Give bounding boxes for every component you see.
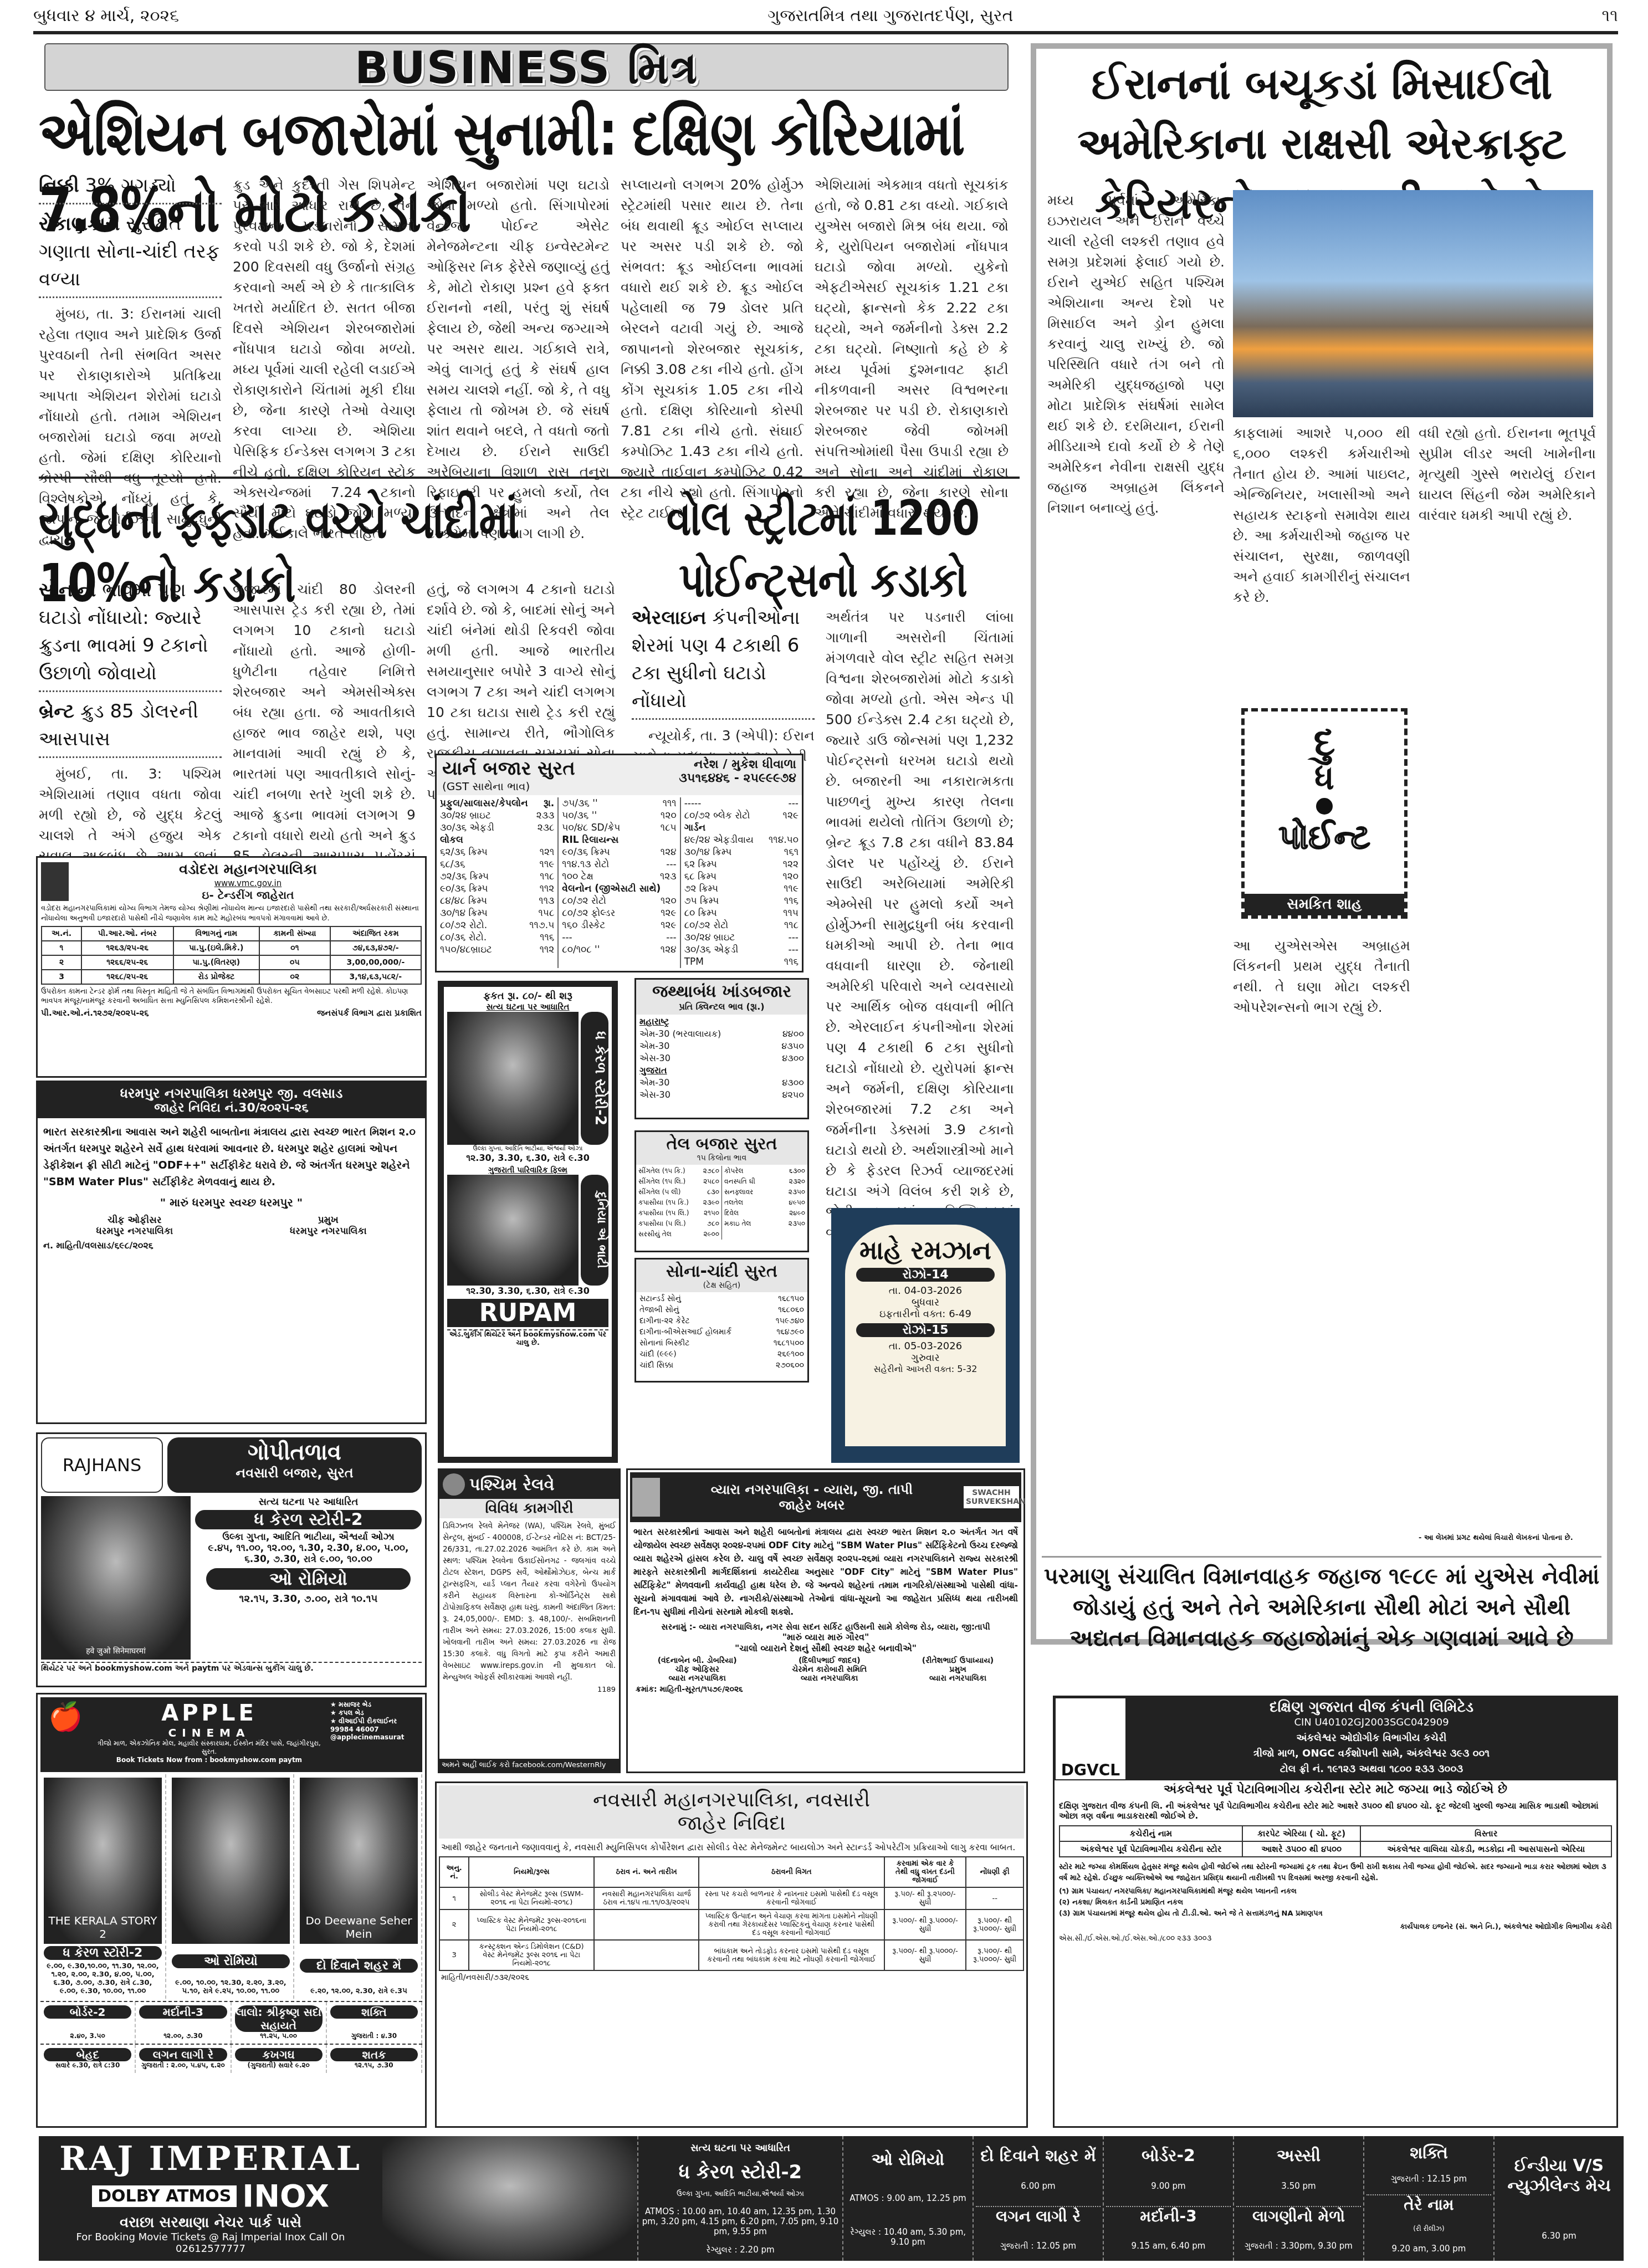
movie-times: ૯.૦૦, ૧૦.૦૦, ૧૨.30, ૨.૨૦, 3.૨૦, ૫.૧૦, રા… bbox=[172, 1979, 290, 1995]
table-header: પી.આર.ઓ. નંબર bbox=[81, 926, 173, 941]
raj-imperial-poster bbox=[382, 2136, 637, 2261]
silver-sub1-bold: સોનાના bbox=[39, 579, 96, 601]
rajhans-tag: સત્ય ઘટના પર આધારિત bbox=[195, 1496, 422, 1508]
lead-col5: એશિયામાં એકમાત્ર વધતો સૂચકાંક હતો, જે 0.… bbox=[815, 175, 1009, 523]
dgvcl-cin: CIN U40102GJ2003SGC042909 bbox=[1127, 1715, 1616, 1731]
table-cell bbox=[594, 1909, 699, 1940]
movie-times: ૧૨.૧૫, ૭.30 bbox=[330, 2061, 418, 2070]
rajhans-logo: RAJHANS bbox=[41, 1437, 163, 1493]
table-cell: ૧ bbox=[42, 941, 81, 955]
vyara-ref: ક્રમાંક: માહિતી-સૂરત/૧૫૭૯/૨૦૨૬ bbox=[630, 1683, 1021, 1696]
signatory-role: ચીફ ઓફિસર bbox=[658, 1665, 737, 1674]
sugar-list: મહારાષ્ટ્રએમ-30 (ભરવાલાયક)૪૪૦૦એમ-30૪૩૫૦એ… bbox=[636, 1015, 807, 1102]
price-name: એસ-30 bbox=[639, 1052, 671, 1064]
dolby-atmos-logo: DOLBY ATMOS bbox=[92, 2185, 237, 2207]
price-value: ૧૧૬ bbox=[540, 931, 554, 944]
movie-title-2: તેરે નામ bbox=[1366, 2194, 1491, 2214]
price-row: ૮૦/૭૨ રોટો૧૧૮ bbox=[684, 919, 799, 931]
movie-times-2: 9.15 am, 6.40 pm bbox=[1106, 2241, 1231, 2251]
price-name: ૩૦/૨૪ બ્રાઇટ bbox=[684, 931, 735, 944]
movie-title: બોર્ડર-2 bbox=[44, 2005, 131, 2019]
movie-listing: મર્દાની-3૧૨.૦૦, ૭.30 bbox=[136, 2002, 231, 2044]
price-name: ૬૨ ક્રિમ્પ bbox=[684, 858, 717, 871]
price-value: ૨૩૩ bbox=[536, 810, 555, 822]
movie-listing: શક્તિગુજરાતી : 12.15 pmતેરે નામ(રી રીલીઝ… bbox=[1363, 2136, 1493, 2261]
price-row: ૫૦/૪૮ SD/ક્રેપ૧૮૫ bbox=[562, 822, 676, 834]
apple-row2: બોર્ડર-2૨.૪૦, 3.૫૦મર્દાની-3૧૨.૦૦, ૭.30લા… bbox=[40, 2001, 422, 2044]
table-row: ૨પ્લાસ્ટિક વેસ્ટ મેનેજમેંટ રૂલ્સ-૨૦૧૬ના … bbox=[439, 1909, 1023, 1940]
dgvcl-checklist: (૧) ગ્રામ પંચાયત/ નગરપાલિકા/ મહાનગરપાલિક… bbox=[1055, 1886, 1616, 1919]
price-row: સોનાનાં બિસ્કીટ૧૬૮૧૫૦૦ bbox=[639, 1338, 804, 1349]
iran-feature: ઈરાનનાં બચૂકડાં મિસાઈલો અમેરિકાના રાક્ષસ… bbox=[1031, 43, 1613, 1645]
price-name: ૮૦/૭૨ રોટો bbox=[562, 895, 606, 907]
dharampur-subtitle: જાહેર નિવિદા નં.30/૨૦૨૫-૨૬ bbox=[41, 1101, 422, 1115]
dharampur-title: ધરમપુર નગરપાલિકા ધરમપુર જી. વલસાડ bbox=[41, 1086, 422, 1101]
table-row: ૧૧૨૬૩/૨૫-૨૬પા.પુ.(ઇલે.મિકે.)૦૧૭૪,૬૩,૪૭૨/… bbox=[42, 941, 421, 955]
price-row: -------- bbox=[684, 797, 799, 810]
apple-name: APPLE bbox=[91, 1701, 327, 1726]
dgvcl-intro: દક્ષિણ ગુજરાત વીજ કંપની લિ. ની અંકલેશ્વર… bbox=[1055, 1799, 1616, 1823]
sugar-region: મહારાષ્ટ્ર bbox=[639, 1016, 804, 1028]
price-row: મકાઇ તેલ૨૩૫૦ bbox=[724, 1219, 805, 1229]
price-name: RIL રિલાયન્સ bbox=[562, 834, 618, 846]
price-value: ૧૧૫ bbox=[783, 907, 799, 919]
price-name: ૬૮ ક્રિમ્પ bbox=[684, 871, 716, 883]
navsari-intro: આથી જાહેર જનતાને જણાવવાનું કે, નવસારી મ્… bbox=[439, 1839, 1024, 1856]
signatory-org: વ્યારા નગરપાલિકા bbox=[922, 1674, 994, 1683]
price-row: ૩૦/૨૪ બ્રાઇટ--- bbox=[684, 931, 799, 944]
price-value: ૨૪૯૦ bbox=[789, 1208, 805, 1219]
railway-ad: પશ્ચિમ રેલવે વિવિધ કામગીરી ડિવિઝનલ રેલવે… bbox=[438, 1468, 621, 1773]
price-value: ૧૧૨ bbox=[540, 883, 555, 895]
price-row: કપાસીયા (૫ લિ.)૭૮૦ bbox=[638, 1219, 719, 1229]
yarn-columns: પ્રફુલ/સાલાસર/કેપલોનરૂા.૩૦/૨૪ બ્રાઇટ૨૩૩૩… bbox=[437, 795, 802, 970]
yarn-subtitle: (GST સાથેના ભાવ) bbox=[442, 780, 575, 793]
movie-times: 9.00 pm bbox=[1106, 2181, 1231, 2191]
price-value: ૪૪૦૦ bbox=[782, 1028, 804, 1040]
price-name: ૩૦/૩૬ એફડી bbox=[684, 944, 739, 956]
movie-listing: શતક૧૨.૧૫, ૭.30 bbox=[327, 2045, 422, 2073]
aircraft-carrier-image bbox=[1233, 190, 1593, 417]
movie-title: બોર્ડર-2 bbox=[1106, 2146, 1231, 2166]
column-author: સમકિત શાહ bbox=[1245, 894, 1404, 915]
dharampur-sign2-org: ધરમપુર નગરપાલિકા bbox=[290, 1226, 367, 1237]
movie-times: 6.30 pm bbox=[1497, 2231, 1621, 2241]
yarn-phone: ૩૫૧૬૪૪૬ - ૨૫૯૯૯૭૪ bbox=[679, 771, 796, 785]
vmc-table: અ.નં.પી.આર.ઓ. નંબરવિભાગનું નામકામની સંખ્… bbox=[41, 926, 422, 985]
price-name: સટાન્ડર્ડ સોનું bbox=[639, 1293, 681, 1304]
dharampur-sign1: ચીફ ઓફીસર bbox=[96, 1215, 173, 1226]
price-name: ૧૧૪.૧૩ રોટો bbox=[562, 858, 609, 871]
price-name: સોનાનાં બિસ્કીટ bbox=[639, 1338, 689, 1349]
movie-title-2: મર્દાની-3 bbox=[1106, 2206, 1231, 2226]
price-row: એમ-30 (ભરવાલાયક)૪૪૦૦ bbox=[639, 1028, 804, 1040]
price-row: ૩૦/૩૬ એફડી૨૩૮ bbox=[440, 822, 554, 834]
movie-title-2: લાગણીનો મેળો bbox=[1236, 2206, 1361, 2226]
price-row: ૩૦/૩૬ એફડી--- bbox=[684, 944, 799, 956]
silver-sub2-bold: બ્રેન્ટ bbox=[39, 700, 74, 723]
price-row: ૧૧૪.૧૩ રોટો--- bbox=[562, 858, 676, 871]
movie-times: ૧૧.૨૫, ૫.૦૦ bbox=[235, 2032, 323, 2040]
movie-times: 6.00 pm bbox=[976, 2181, 1101, 2191]
price-value: ૧૨૯ bbox=[661, 907, 676, 919]
movie-times: ૯.૦૦, ૯.30,૧૦.૦૦, ૧૧.30, ૧૨.૦૦, ૧.૨૦, ૨.… bbox=[44, 1962, 162, 1995]
vmc-url[interactable]: www.vmc.gov.in bbox=[74, 878, 422, 888]
movie-times-2: ગુજરાતી : 12.05 pm bbox=[976, 2241, 1101, 2251]
divider bbox=[39, 477, 1020, 479]
price-value: ૧૨૪ bbox=[661, 944, 677, 956]
price-name: ૬૨/૩૬ ક્રિમ્પ bbox=[440, 846, 488, 858]
dgvcl-table: કચેરીનું નામકારપેટ એરિયા ( ચો. ફૂટ)વિસ્ત… bbox=[1059, 1825, 1612, 1857]
price-row: કપાસીયા (૧૫ કિ.)૨૩૯૦ bbox=[638, 1197, 719, 1208]
price-value: ૧૨૦ bbox=[661, 895, 677, 907]
vyara-ad: વ્યારા નગરપાલિકા - વ્યારા, જી. તાપી જાહે… bbox=[626, 1468, 1025, 1773]
price-value: ૨૩૨૦ bbox=[789, 1176, 805, 1187]
vmc-intro: વડોદરા મહાનગરપાલિકામાં યોગ્ય વિભાગ તેમજ … bbox=[41, 904, 422, 924]
movie-title: ધ કેરળ સ્ટોરી-2 bbox=[641, 2162, 840, 2182]
price-value: ૬૩૦૦ bbox=[789, 1166, 805, 1176]
movie-listing: લગન લાગી રેગુજરાતી : ૨.૦૦, ૫.૪૫, ૬.૨૦ bbox=[136, 2045, 231, 2073]
table-header: વિસ્તાર bbox=[1360, 1826, 1611, 1841]
raj-imperial-location: વરાછા સરથાણા નેચર પાર્ક પાસે bbox=[42, 2214, 379, 2231]
sugar-title: જથ્થાબંધ ખાંડબજાર bbox=[638, 982, 805, 1001]
lead-sub1: 3% ગગડ્યો bbox=[85, 175, 176, 197]
price-row: સીંગતેલ (૧૫ લિ.)૨૫૮૦ bbox=[638, 1176, 719, 1187]
railway-body: ડિવિઝનલ રેલવે મેનેજર (WA), પશ્ચિમ રેલવે,… bbox=[439, 1518, 619, 1686]
movie-poster: THE KERALA STORY 2 bbox=[44, 1778, 162, 1944]
lead-sub1-bold: નિક્કી bbox=[39, 175, 79, 197]
table-cell: નવસારી મહાનગરપાલિકા ચાર્જ ઠરાવ નં.૧૪૫ તા… bbox=[594, 1887, 699, 1909]
price-row: સીંગતેલ (૫ લી)૮૩૦ bbox=[638, 1187, 719, 1197]
vyara-swachh-badge: SWACHH SURVEKSHAN bbox=[964, 1486, 1019, 1508]
price-row: એસ-30૪૨૫૦ bbox=[639, 1089, 804, 1101]
checklist-item: (૩) ગ્રામ પંચાયતમાં મંજૂર થયેલ હોય તો ટી… bbox=[1059, 1908, 1612, 1919]
dharampur-ad: ધરમપુર નગરપાલિકા ધરમપુર જી. વલસાડ જાહેર … bbox=[36, 1081, 427, 1424]
movie-times: ગુજરાતી : 12.15 pm bbox=[1366, 2174, 1491, 2184]
table-cell: રોડ પ્રોજેક્ટ bbox=[173, 970, 260, 984]
price-name: ૮૦/૧૦૮ '' bbox=[562, 944, 600, 956]
price-row: ૯૦/૩૬ ક્રિમ્પ૧૨૪ bbox=[562, 846, 676, 858]
navsari-subtitle: જાહેર નિવિદા bbox=[442, 1812, 1021, 1835]
price-row: દાગીના-બીએસઆઈ હોલમાર્ક૧૬૪૭૯૦ bbox=[639, 1327, 804, 1338]
movie-title: ઓ રોમિયો bbox=[846, 2150, 970, 2170]
dgvcl-office: અંકલેશ્વર ઓદ્યોગીક વિભાગીય કચેરી bbox=[1127, 1731, 1616, 1746]
dharampur-body: ભારત સરકારશ્રીના આવાસ અને શહેરી બાબતોના … bbox=[38, 1118, 425, 1196]
movie-times-2: રેગ્યુલર : 10.40 am, 5.30 pm, 9.10 pm bbox=[846, 2227, 970, 2247]
lead-col4: સપ્લાયનો લગભગ 20% હોર્મુઝ સ્ટ્રેટમાંથી પ… bbox=[621, 175, 803, 523]
price-name: ૪૯/૨૪ એફડીવાય bbox=[684, 834, 754, 846]
price-name: ૮૦/૭૨ રોટો. bbox=[440, 919, 487, 931]
price-value: ૪૩૦૦ bbox=[782, 1052, 804, 1064]
vyara-slogan2: "ચાલો વ્યારાને દેશનું સૌથી સ્વચ્છ શહેર બ… bbox=[630, 1643, 1021, 1654]
section-banner: BUSINESS મિત્ર bbox=[44, 43, 1009, 91]
movie-title: દો દિવાને શહર મેં bbox=[300, 1959, 418, 1973]
price-row: ૧૦૦ ટેક્ષ૧૨૩ bbox=[562, 871, 676, 883]
price-value: ૧૫૮ bbox=[538, 907, 554, 919]
rupam-cast: ઉલ્કા ગુપ્તા, આદિતિ ભાટીયા, ઐશ્વર્યા ઓઝા bbox=[447, 1145, 608, 1153]
signatory-name: (દિલીપભાઈ જાદવ) bbox=[792, 1656, 867, 1665]
price-row: એમ-30૪૩૦૦ bbox=[639, 1077, 804, 1089]
column-logo-line2: ધ bbox=[1245, 761, 1404, 795]
price-name: સનફ્લાવર bbox=[724, 1187, 753, 1197]
table-cell: ૦૫ bbox=[259, 955, 330, 970]
price-name: કપાસીયા (૫ લિ.) bbox=[638, 1219, 686, 1229]
price-row: ચાંદી સિક્કા૨૭૦૬૦૦ bbox=[639, 1360, 804, 1371]
vmc-logo-icon bbox=[41, 862, 69, 901]
yarn-col-3: --------૮૦/૭૨ બ્લેક રોટો૧૨૯ગાર્ડન૪૯/૨૪ એ… bbox=[681, 797, 799, 968]
price-row: ૮૦/૭૨ રોટો૧૨૦ bbox=[562, 895, 676, 907]
price-row: એસ-30૪૩૦૦ bbox=[639, 1052, 804, 1064]
price-row: ૫૦/૩૬ ''૧૨૦ bbox=[562, 810, 676, 822]
movie-note: (રી રીલીઝ) bbox=[1366, 2225, 1491, 2233]
railway-facebook-link[interactable]: અમને અહીં લાઈક કરો facebook.com/WesternR… bbox=[439, 1759, 619, 1772]
table-cell: 3,00,00,000/- bbox=[330, 955, 421, 970]
price-value: ૨૩૯૦ bbox=[703, 1197, 719, 1208]
price-name: કપાસીયા (૧૫ કિ.) bbox=[638, 1197, 689, 1208]
price-row: સનફ્લાવર૨૩૫૦ bbox=[724, 1187, 805, 1197]
price-name: સીંગતેલ (૧૫ કિ.) bbox=[638, 1166, 685, 1176]
masthead: બુધવાર ૪ માર્ચ, ૨૦૨૬ ગુજરાતમિત્ર તથા ગુજ… bbox=[33, 0, 1618, 34]
movie-times: ATMOS : 9.00 am, 12.25 pm bbox=[846, 2193, 970, 2203]
movie-title: લાલો: શ્રીકૃષ્ણ સદા સહાયતે bbox=[235, 2005, 323, 2032]
apple-insta[interactable]: @applecinemasurat bbox=[330, 1733, 419, 1741]
railway-subtitle: વિવિધ કામગીરી bbox=[439, 1499, 619, 1518]
railway-title: પશ્ચિમ રેલવે bbox=[469, 1475, 554, 1494]
movie-listing: Do Deewane Seher Meinદો દિવાને શહર મેં૯.… bbox=[296, 1774, 422, 1999]
price-row: ૪૯/૨૪ એફડીવાય૧૧૪.૫૦ bbox=[684, 834, 799, 846]
table-cell: સોલીડ વેસ્ટ મેનેજમેંટ રૂલ્સ (SWM- ૨૦૧૬ ન… bbox=[469, 1887, 594, 1909]
price-name: ૮૦/૭૨ ફોલ્ડર bbox=[562, 907, 615, 919]
price-value: ૧૧૬ bbox=[784, 895, 799, 907]
rajhans-booking: થિયેટર પર અને bookmyshow.com અને paytm પ… bbox=[41, 1662, 422, 1673]
vmc-ad: વડોદરા મહાનગરપાલિકા www.vmc.gov.in ઇ- ટે… bbox=[36, 856, 427, 1078]
table-cell: આશરે ૩૫૦૦ થી ૪૫૦૦ bbox=[1242, 1841, 1361, 1857]
price-name: ૮૦/૭૨ બ્લેક રોટો bbox=[684, 810, 750, 822]
table-row: 3કન્સ્ટ્રક્શન એન્ડ ડિમોલેશન (C&D) વેસ્ટ … bbox=[439, 1940, 1023, 1970]
rupam-movie2: દુનિયા એ ભાટી bbox=[581, 1175, 608, 1286]
price-name: ચાંદી સિક્કા bbox=[639, 1360, 673, 1371]
price-name: કોપરેલ bbox=[724, 1166, 744, 1176]
price-name: દાગીના-બીએસઆઈ હોલમાર્ક bbox=[639, 1327, 731, 1338]
bullion-list: સટાન્ડર્ડ સોનું૧૬૮૧૫૦તેજાબી સોનું૧૬૮૦૬૦દ… bbox=[636, 1292, 807, 1372]
price-row: ૬૮/૩૬૧૧૯ bbox=[440, 858, 554, 871]
price-name: ૭૨/૩૬ ક્રિમ્પ bbox=[440, 871, 489, 883]
price-value: ૧૫૯૭૪૦ bbox=[776, 1315, 804, 1327]
rajhans-address: નવસારી બજાર, સુરત bbox=[167, 1465, 422, 1481]
price-row: ૩૦/૧૪ ક્રિમ્પ૧૬૧ bbox=[684, 846, 799, 858]
movie-listing: કખગઘ(ગુજરાતી) સવારે ૯.૨૦ bbox=[232, 2045, 327, 2073]
navsari-title: નવસારી મહાનગરપાલિકા, નવસારી bbox=[442, 1789, 1021, 1812]
price-row: ચાંદી (૯૯૯)૨૬૯૧૦૦ bbox=[639, 1349, 804, 1360]
table-cell: પા.પુ.(વિતરણ) bbox=[173, 955, 260, 970]
railway-code: 1189 bbox=[439, 1686, 619, 1694]
movie-title: અસ્સી bbox=[1236, 2146, 1361, 2166]
movie-listing: અસ્સી3.50 pmલાગણીનો મેળોગુજરાતી : 3.30pm… bbox=[1233, 2136, 1363, 2261]
table-cell: પા.પુ.(ઇલે.મિકે.) bbox=[173, 941, 260, 955]
price-name: કપાસીયા (૧૫ લિ.) bbox=[638, 1208, 689, 1219]
movie-times-2: ગુજરાતી : 3.30pm, 9.30 pm bbox=[1236, 2241, 1361, 2251]
rupam-tag: સત્ય ઘટના પર આધારિત bbox=[447, 1002, 608, 1012]
price-value: ૧૬૮૦૬૦ bbox=[778, 1304, 804, 1315]
price-row: તલતેલ૪૯૫૦ bbox=[724, 1197, 805, 1208]
price-row: તેજાબી સોનું૧૬૮૦૬૦ bbox=[639, 1304, 804, 1315]
iran-footnote: - આ લેખમાં પ્રગટ થયેલાં વિચારો લેખકનાં પ… bbox=[1419, 1534, 1601, 1542]
wallstreet-sub: એરલાઇન કંપનીઓના શેરમાં પણ 4 ટકાથી 6 ટકા … bbox=[632, 604, 815, 766]
price-row: ૬૮ ક્રિમ્પ૧૨૦ bbox=[684, 871, 799, 883]
movie-title: ધ કેરળ સ્ટોરી-2 bbox=[44, 1946, 162, 1960]
signatory-role: પ્રમુખ bbox=[922, 1665, 994, 1674]
rajhans-cast: ઉલ્કા ગુપ્તા, આદિતિ ભાટીયા, ઐશ્વર્યા ઓઝા bbox=[195, 1532, 422, 1543]
sugar-region: ગુજરાત bbox=[639, 1064, 804, 1077]
price-row: ૮૦/૭૨ બ્લેક રોટો૧૨૯ bbox=[684, 810, 799, 822]
price-row: વનસ્પતિ ઘી૨૩૨૦ bbox=[724, 1176, 805, 1187]
price-name: ૮૦/૭૨ રોટો bbox=[684, 919, 729, 931]
price-row: કોપરેલ૬૩૦૦ bbox=[724, 1166, 805, 1176]
price-value: ૮૩૦ bbox=[707, 1187, 719, 1197]
price-value: ૧૧૮ bbox=[540, 871, 554, 883]
movie-times: ગુજરાતી : ૨.૦૦, ૫.૪૫, ૬.૨૦ bbox=[139, 2061, 227, 2070]
price-row: ૧૬૦ ડીસ્કેટ૧૨૯ bbox=[562, 919, 676, 931]
movie-listing: લાલો: શ્રીકૃષ્ણ સદા સહાયતે૧૧.૨૫, ૫.૦૦ bbox=[232, 2002, 327, 2044]
rajhans-poster: हवे जुओ सिनेमाघरमां bbox=[41, 1496, 191, 1660]
inox-logo: INOX bbox=[242, 2178, 329, 2214]
price-row: કપાસીયા (૧૫ લિ.)૨૧૫૦ bbox=[638, 1208, 719, 1219]
dgvcl-logo: DGVCL bbox=[1055, 1697, 1127, 1780]
signatory-org: વ્યારા નગરપાલિકા bbox=[792, 1674, 867, 1683]
dgvcl-footer: કાર્યપાલક ઇજનેર (સં. અને નિ.), અંકલેશ્વર… bbox=[1055, 1919, 1616, 1934]
oil-subtitle: ૧૫ કિલોના ભાવ bbox=[638, 1154, 805, 1163]
price-row: TPM૧૧૬ bbox=[684, 956, 799, 968]
price-value: ૧૧૯ bbox=[540, 858, 555, 871]
price-value: ૧૨૦ bbox=[782, 871, 799, 883]
price-name: તલતેલ bbox=[724, 1197, 743, 1208]
navsari-ref: માહિતી/નવસારી/૭૩૨/૨૦૨૬ bbox=[439, 1971, 1024, 1984]
price-value: ૧૨૧ bbox=[540, 846, 555, 858]
price-value: ૨૬૯૧૦૦ bbox=[777, 1349, 804, 1360]
movie-times: ૧૨.૦૦, ૭.30 bbox=[139, 2032, 227, 2040]
price-value: ૨૭૮૦ bbox=[703, 1166, 719, 1176]
price-name: ૩૦/૨૪ બ્રાઇટ bbox=[440, 810, 491, 822]
price-name: ૬૮/૩૬ bbox=[440, 858, 465, 871]
rupam-times1: ૧૨.30, 3.30, ૬.30, રાત્રે ૯.30 bbox=[447, 1153, 608, 1164]
table-row: ૨૧૨૬૬/૨૫-૨૬પા.પુ.(વિતરણ)૦૫3,00,00,000/- bbox=[42, 955, 421, 970]
apple-booking[interactable]: Book Tickets Now from : bookmyshow.com p… bbox=[91, 1756, 327, 1764]
ramzan-day1-time: ઇફતારીનો વક્ત: 6-49 bbox=[845, 1308, 1006, 1320]
price-name: ૯૦/૩૬ ક્રિમ્પ bbox=[562, 846, 610, 858]
yarn-dealer: નરેશ / મુકેશ ધીવાળા bbox=[679, 757, 796, 771]
ramzan-day2-date: તા. 05-03-2026 bbox=[845, 1340, 1006, 1352]
table-cell: રૂ.૫૦૦/- થી રૂ.૫૦૦૦/- સુધી bbox=[966, 1909, 1023, 1940]
price-value: ૧૧૨ bbox=[540, 944, 555, 956]
iran-bottom-quote: પરમાણુ સંચાલિત વિમાનવાહક જહાજ ૧૯૮૯ માં ય… bbox=[1042, 1556, 1601, 1654]
table-cell: ૨ bbox=[439, 1909, 469, 1940]
movie-listing: ઓ રોમિયોATMOS : 9.00 am, 12.25 pmરેગ્યુલ… bbox=[842, 2136, 973, 2261]
vyara-emblem-icon bbox=[632, 1478, 660, 1517]
iran-col4: આ યુએસએસ અબ્રાહમ લિંકનની પ્રથમ યુદ્ધ તૈન… bbox=[1233, 935, 1410, 1017]
price-name: --- bbox=[562, 931, 572, 944]
price-name: વેલનોન (જીએસટી સાથે) bbox=[562, 883, 661, 895]
price-row: ૮૦/૭૨ રોટો.૧૧૭.૫ bbox=[440, 919, 554, 931]
rupam-poster2 bbox=[447, 1175, 579, 1286]
apple-feature: ★ વીઆઈપી રીકલાઈનર bbox=[330, 1717, 419, 1726]
wallstreet-col2: અર્થતંત્ર પર પડનારી લાંબા ગાળાની અસરોની … bbox=[826, 607, 1014, 1242]
signatory: (વંદનાબેન બી. ડોબરિયા)ચીફ ઓફિસરવ્યારા નગ… bbox=[658, 1656, 737, 1683]
price-row: એમ-30૪૩૫૦ bbox=[639, 1040, 804, 1052]
price-name: એસ-30 bbox=[639, 1089, 671, 1101]
price-name: સીંગતેલ (૫ લી) bbox=[638, 1187, 680, 1197]
price-name: TPM bbox=[684, 956, 704, 968]
ramzan-day2-weekday: ગુરુવાર bbox=[845, 1352, 1006, 1364]
price-value: ૧૬૮૧૫૦ bbox=[778, 1293, 804, 1304]
price-name: ૭૫/૩૬ '' bbox=[562, 797, 597, 810]
bullion-subtitle: (ટેક્ષ સહિત) bbox=[638, 1281, 805, 1290]
movie-title: કખગઘ bbox=[235, 2048, 323, 2061]
lead-sub2-bold: રોકાણકારો bbox=[39, 213, 120, 235]
price-row: RIL રિલાયન્સ bbox=[562, 834, 676, 846]
movie-listing: બોર્ડર-29.00 pmમર્દાની-39.15 am, 6.40 pm bbox=[1103, 2136, 1233, 2261]
price-name: ૮૦/૩૬ રોટો. bbox=[440, 931, 487, 944]
signatory: (દિલીપભાઈ જાદવ)ચેરમેન કારોબારી સમિતિવ્યા… bbox=[792, 1656, 867, 1683]
price-name: ૩૦/૧૪ ક્રિમ્પ bbox=[684, 846, 732, 858]
price-value: --- bbox=[789, 944, 799, 956]
price-value: --- bbox=[666, 931, 676, 944]
ramzan-day1-weekday: બુધવાર bbox=[845, 1297, 1006, 1308]
table-cell: 3,૧૪,૬૩,૫૮૨/- bbox=[330, 970, 421, 984]
movie-times: સવારે ૯.30, રાત્રે ૮:30 bbox=[44, 2061, 131, 2070]
movie-times: ગુજરાતી : ૪.30 bbox=[330, 2032, 418, 2040]
table-row: 3૧૨૬૮/૨૫-૨૬રોડ પ્રોજેક્ટ૦૨3,૧૪,૬૩,૫૮૨/- bbox=[42, 970, 421, 984]
ramzan-box: માહે રમઝાન રોઝો-14 તા. 04-03-2026 બુધવાર… bbox=[831, 1208, 1020, 1463]
price-row: ૬૨ ક્રિમ્પ૧૨૨ bbox=[684, 858, 799, 871]
movie-cast: ઉલ્કા ગુપ્તા, આદિતિ ભાટીયા,ઐશ્વર્યા ઓઝા bbox=[641, 2190, 840, 2198]
price-name: એમ-30 bbox=[639, 1040, 669, 1052]
table-cell: પ્લાસ્ટિક ઉત્પાદન અને વેચાણ કરવા માંગતા … bbox=[699, 1909, 884, 1940]
table-cell: ૧ bbox=[439, 1887, 469, 1909]
table-cell: 3 bbox=[42, 970, 81, 984]
table-cell: ૧૨૬૬/૨૫-૨૬ bbox=[81, 955, 173, 970]
ramzan-day1-date: તા. 04-03-2026 bbox=[845, 1285, 1006, 1297]
table-header: નિયમો/રૂલ્સ bbox=[469, 1857, 594, 1887]
price-value: --- bbox=[789, 931, 799, 944]
vmc-title: વડોદરા મહાનગરપાલિકા bbox=[74, 861, 422, 878]
price-name: લોકલ bbox=[440, 834, 463, 846]
movie-listing: શક્તિગુજરાતી : ૪.30 bbox=[327, 2002, 422, 2044]
table-cell: કન્સ્ટ્રક્શન એન્ડ ડિમોલેશન (C&D) વેસ્ટ મ… bbox=[469, 1940, 594, 1970]
movie-times-2: રેગ્યુલર : 2.20 pm bbox=[641, 2245, 840, 2255]
price-value: --- bbox=[789, 797, 799, 810]
table-header: કચેરીનું નામ bbox=[1060, 1826, 1242, 1841]
bullion-title: સોના-ચાંદી સુરત bbox=[638, 1262, 805, 1281]
table-cell: ૧૨૬૮/૨૫-૨૬ bbox=[81, 970, 173, 984]
table-header: વિભાગનું નામ bbox=[173, 926, 260, 941]
movie-times-2: 9.20 am, 3.00 pm bbox=[1366, 2244, 1491, 2254]
yarn-header: યાર્ન બજાર સુરત(GST સાથેના ભાવ) નરેશ / મ… bbox=[437, 755, 802, 795]
price-row: ૭૨ ક્રિમ્પ૧૧૯ bbox=[684, 883, 799, 895]
price-name: ૫૦/૩૬ '' bbox=[562, 810, 597, 822]
dgvcl-heading: અંકલેશ્વર પૂર્વ પેટાવિભાગીય કચેરીના સ્ટો… bbox=[1055, 1780, 1616, 1799]
rajhans-movie2: ઓ રોમિયો bbox=[206, 1568, 411, 1590]
price-row: ૭૫/૩૬ ''૧૧૧ bbox=[562, 797, 676, 810]
movie-title: ઈન્ડીયા V/S ન્યુઝીલેન્ડ મેચ bbox=[1497, 2156, 1621, 2196]
price-name: ૩૦/૩૬ એફડી bbox=[440, 822, 494, 834]
iran-col1: મધ્ય પૂર્વમાં અમેરિકા, ઇઝરાયલ અને ઈરાન વ… bbox=[1047, 190, 1225, 518]
price-value: ૨૩૫૦ bbox=[789, 1187, 805, 1197]
dgvcl-ref: એસ.સી./ઈ.એસ.ઓ./ઈ.એસ.ઓ./૮૦૦ ૨૩૩ ૩૦૦૩ bbox=[1055, 1934, 1616, 1943]
price-value: ૪૩૦૦ bbox=[782, 1077, 804, 1089]
price-value: ૧૧૩ bbox=[539, 895, 554, 907]
table-cell bbox=[594, 1940, 699, 1970]
price-name: ૭૫ ક્રિમ્પ bbox=[684, 895, 719, 907]
